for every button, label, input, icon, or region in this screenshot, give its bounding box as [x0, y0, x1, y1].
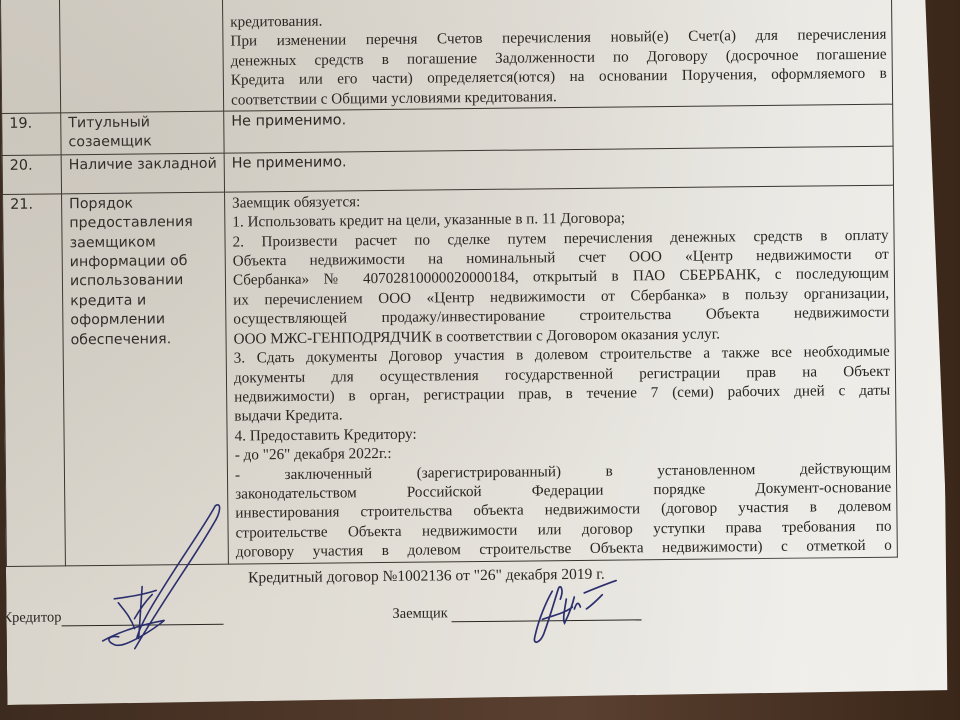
row-label: Наличие закладной [61, 153, 224, 194]
table-row-21: 21. Порядок предоставления заемщиком инф… [3, 185, 898, 566]
row-number: 19. [2, 113, 61, 155]
row-label: Титульный созаемщик [61, 111, 224, 155]
agreement-footer-title: Кредитный договор №1002136 от "26" декаб… [248, 566, 605, 588]
label-line: заемщиком [69, 232, 219, 253]
label-line: созаемщик [68, 132, 218, 153]
photo-stage: кредитования. При изменении перечня Счет… [0, 0, 960, 720]
document-body: кредитования. При изменении перечня Счет… [0, 0, 898, 567]
label-line: Порядок [69, 194, 219, 215]
row-number: 20. [2, 155, 61, 195]
borrower-label: Заемщик [392, 605, 447, 622]
label-line: оформлении [70, 310, 220, 331]
label-line: предоставления [69, 213, 219, 234]
row-label-cell [59, 0, 223, 113]
creditor-label: Кредитор [2, 609, 61, 626]
creditor-signature-field: Кредитор [2, 608, 223, 627]
borrower-signature-line [451, 618, 641, 622]
paper-sheet: кредитования. При изменении перечня Счет… [0, 0, 947, 705]
row-number-cell [0, 0, 60, 114]
paper-fold-highlight [646, 550, 948, 703]
borrower-signature-field: Заемщик [392, 603, 641, 623]
row-content: Заемщик обязуется: 1. Использовать креди… [225, 185, 898, 564]
creditor-signature-line [61, 623, 223, 627]
label-line: кредита и [70, 291, 220, 312]
row-number: 21. [3, 194, 66, 566]
label-line: информации об [70, 252, 220, 273]
row-content: Не применимо. [224, 104, 893, 153]
label-line: использовании [70, 271, 220, 292]
label-line: обеспечения. [70, 329, 220, 350]
label-line: Титульный [68, 113, 218, 134]
row-content-cell: кредитования. При изменении перечня Счет… [222, 0, 892, 111]
table-row-continuation: кредитования. При изменении перечня Счет… [0, 0, 892, 114]
loan-terms-table: кредитования. При изменении перечня Счет… [0, 0, 898, 567]
label-line: Наличие закладной [69, 155, 219, 176]
row-label: Порядок предоставления заемщиком информа… [62, 192, 229, 565]
